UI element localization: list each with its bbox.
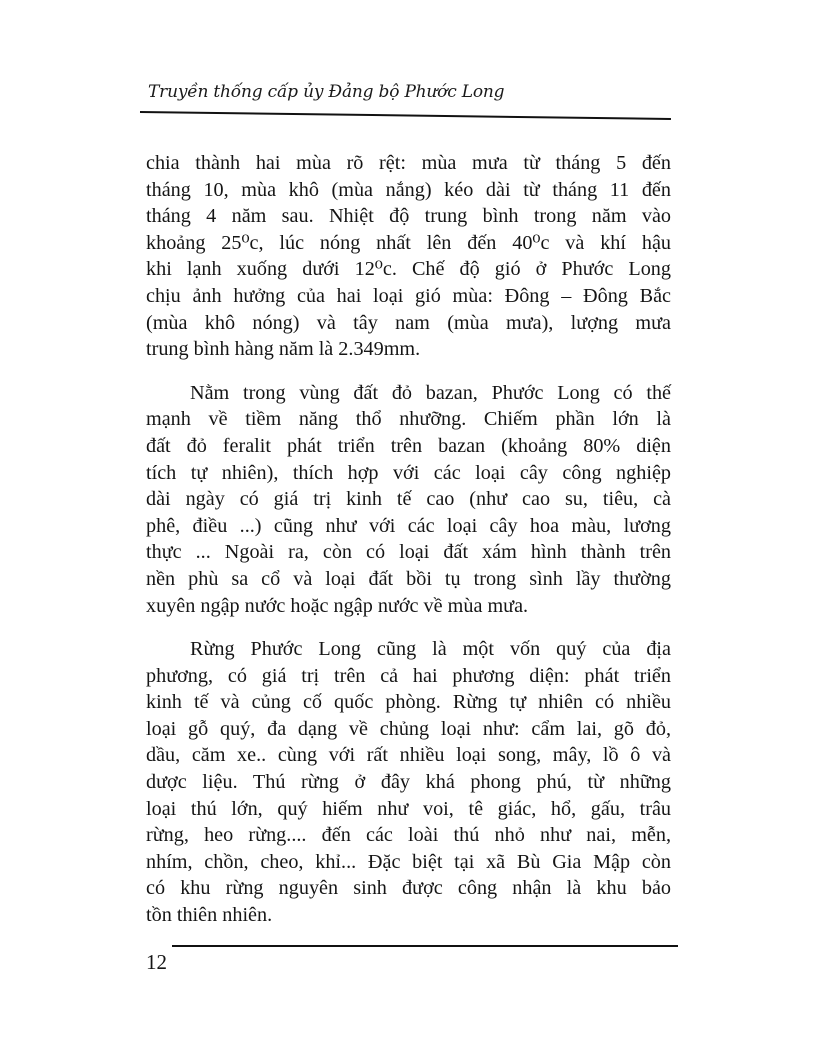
paragraph-forest: Rừng Phước Long cũng là một vốn quý của … <box>146 636 671 929</box>
text-line: chia thành hai mùa rõ rệt: mùa mưa từ th… <box>146 150 671 177</box>
text-line: tích tự nhiên), thích hợp với các loại c… <box>146 460 671 487</box>
text-line: có khu rừng nguyên sinh được công nhận l… <box>146 875 671 902</box>
text-line: đất đỏ feralit phát triển trên bazan (kh… <box>146 433 671 460</box>
text-line: khi lạnh xuống dưới 12⁰c. Chế độ gió ở P… <box>146 256 671 283</box>
text-line: dược liệu. Thú rừng ở đây khá phong phú,… <box>146 769 671 796</box>
text-line: tồn thiên nhiên. <box>146 902 671 929</box>
page-number: 12 <box>146 950 167 975</box>
text-line: tháng 4 năm sau. Nhiệt độ trung bình tro… <box>146 203 671 230</box>
text-line: mạnh về tiềm năng thổ nhưỡng. Chiếm phần… <box>146 406 671 433</box>
text-line: khoảng 25⁰c, lúc nóng nhất lên đến 40⁰c … <box>146 230 671 257</box>
text-line: chịu ảnh hưởng của hai loại gió mùa: Đôn… <box>146 283 671 310</box>
text-line: phê, điều ...) cũng như với các loại cây… <box>146 513 671 540</box>
text-line: loại gỗ quý, đa dạng về chủng loại như: … <box>146 716 671 743</box>
body-text: chia thành hai mùa rõ rệt: mùa mưa từ th… <box>146 150 671 929</box>
text-line: loại thú lớn, quý hiếm như voi, tê giác,… <box>146 796 671 823</box>
text-line: trung bình hàng năm là 2.349mm. <box>146 336 671 363</box>
text-line: Nằm trong vùng đất đỏ bazan, Phước Long … <box>146 380 671 407</box>
paragraph-climate: chia thành hai mùa rõ rệt: mùa mưa từ th… <box>146 150 671 363</box>
text-line: dầu, căm xe.. cùng với rất nhiều loại so… <box>146 742 671 769</box>
paragraph-soil: Nằm trong vùng đất đỏ bazan, Phước Long … <box>146 380 671 619</box>
text-line: Rừng Phước Long cũng là một vốn quý của … <box>146 636 671 663</box>
text-line: thực ... Ngoài ra, còn có loại đất xám h… <box>146 539 671 566</box>
book-page: Truyền thống cấp ủy Đảng bộ Phước Long c… <box>0 0 816 1056</box>
header-rule <box>140 111 671 120</box>
text-line: kinh tế và củng cố quốc phòng. Rừng tự n… <box>146 689 671 716</box>
text-line: (mùa khô nóng) và tây nam (mùa mưa), lượ… <box>146 310 671 337</box>
running-header: Truyền thống cấp ủy Đảng bộ Phước Long <box>148 82 504 102</box>
text-line: dài ngày có giá trị kinh tế cao (như cao… <box>146 486 671 513</box>
text-line: tháng 10, mùa khô (mùa nắng) kéo dài từ … <box>146 177 671 204</box>
text-line: phương, có giá trị trên cả hai phương di… <box>146 663 671 690</box>
text-line: nền phù sa cổ và loại đất bồi tụ trong s… <box>146 566 671 593</box>
footer-rule <box>172 945 678 947</box>
text-line: xuyên ngập nước hoặc ngập nước về mùa mư… <box>146 593 671 620</box>
text-line: nhím, chồn, cheo, khỉ... Đặc biệt tại xã… <box>146 849 671 876</box>
text-line: rừng, heo rừng.... đến các loài thú nhỏ … <box>146 822 671 849</box>
